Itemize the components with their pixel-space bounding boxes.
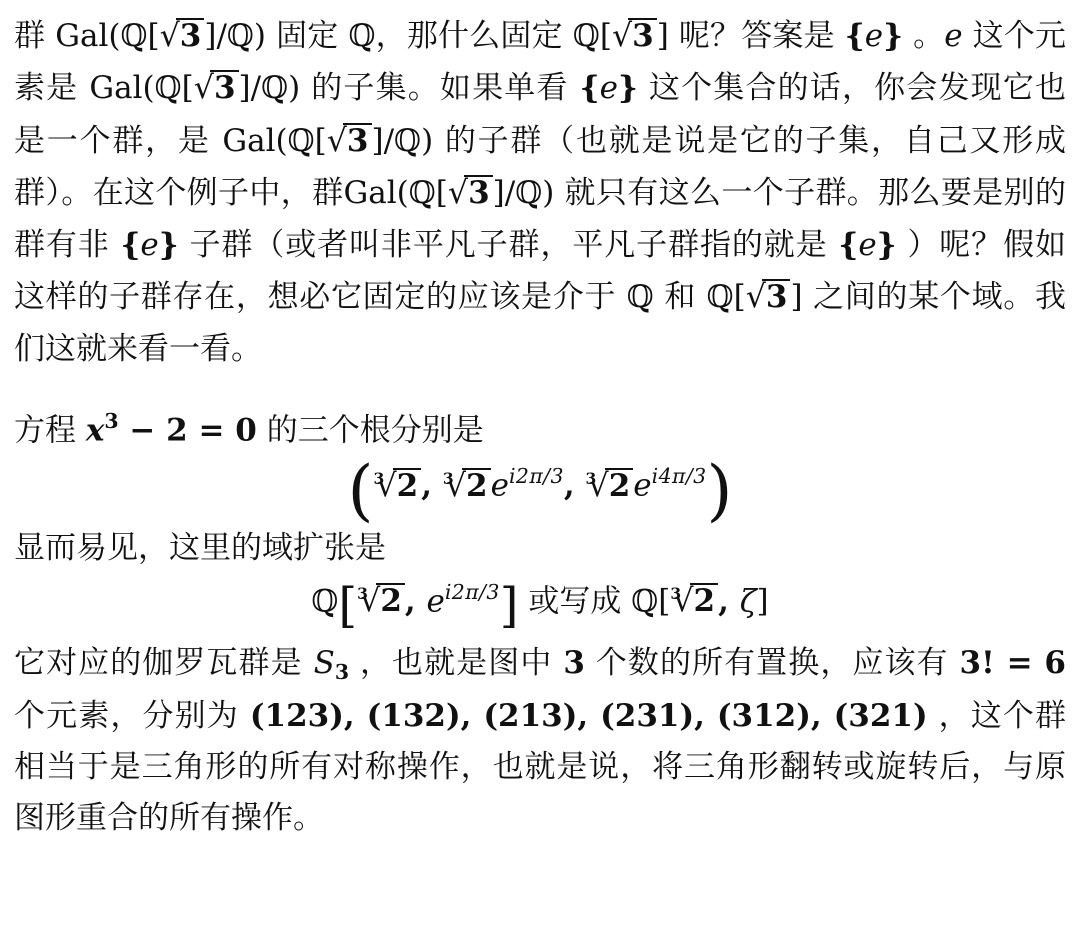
text-run: 个元素，分别为 (14, 698, 250, 734)
math-italic: e (633, 468, 651, 504)
paragraph-field-extension-intro: 显而易见，这里的域扩张是 (14, 523, 1066, 574)
math-roman: ) (421, 123, 433, 159)
cube-root: 3√2 (373, 466, 421, 507)
radicand: 3 (343, 123, 372, 158)
math-italic: e (140, 227, 158, 263)
cube-root: 3√2 (670, 581, 718, 622)
blackboard-q: ℚ (394, 123, 421, 159)
math-italic: e (865, 18, 883, 54)
text-run: 的三个根分别是 (257, 413, 484, 449)
math-italic: e (426, 583, 444, 619)
text-run: 显而易见，这里的域扩张是 (14, 530, 386, 566)
math-bold: } (159, 227, 179, 263)
radicand: 3 (464, 175, 493, 210)
math-bold: , (421, 468, 443, 504)
superscript: i2π/3 (445, 580, 500, 604)
math-roman: ] (657, 18, 669, 54)
math-roman: [ (315, 123, 327, 159)
text-run: ，也就是图中 (349, 645, 563, 681)
root-index: 3 (670, 584, 681, 603)
big-bracket-left: [ (338, 577, 357, 633)
document-page: 群 Gal(ℚ[√3]/ℚ) 固定 ℚ，那什么固定 ℚ[√3] 呢？答案是 {e… (0, 0, 1082, 845)
text-run: 个数的所有置换，应该有 (585, 645, 960, 681)
math-bold: { (580, 70, 600, 106)
blackboard-q: ℚ (631, 583, 658, 619)
math-roman: [ (182, 70, 194, 106)
blackboard-q: ℚ (707, 279, 734, 315)
cube-root: 3√2 (585, 466, 633, 507)
math-italic: e (600, 70, 618, 106)
square-root: √3 (612, 10, 657, 62)
math-bold-italic: x (86, 413, 104, 449)
text-run: 群 (14, 18, 55, 54)
math-roman: [ (734, 279, 746, 315)
math-roman: Gal( (55, 18, 120, 54)
math-roman: ]/ (493, 175, 516, 211)
text-run: 固定 (266, 18, 348, 54)
text-run: 它对应的伽罗瓦群是 (14, 645, 314, 681)
math-bold: , (405, 583, 427, 619)
display-equation-roots: (3√2, 3√2ei2π/3, 3√2ei4π/3) (14, 463, 1066, 507)
square-root: √3 (746, 271, 791, 323)
math-bold: (123), (132), (213), (231), (312), (321) (250, 698, 928, 734)
math-roman: ]/ (239, 70, 262, 106)
paragraph-s3-group: 它对应的伽罗瓦群是 S3 ，也就是图中 3 个数的所有置换，应该有 3! = 6… (14, 638, 1066, 844)
radicand: 2 (462, 468, 491, 503)
radicand: 2 (376, 583, 405, 618)
radicand: 3 (628, 18, 657, 53)
superscript: i4π/3 (652, 464, 707, 488)
blackboard-q: ℚ (515, 175, 542, 211)
math-bold: { (120, 227, 140, 263)
text-run: 方程 (14, 413, 86, 449)
radicand: 3 (176, 18, 205, 53)
math-roman: Gal( (222, 123, 287, 159)
math-roman: ]/ (204, 18, 227, 54)
radicand: 2 (393, 468, 422, 503)
math-bold: { (845, 18, 865, 54)
math-roman: ] (757, 583, 769, 619)
square-root: √3 (448, 167, 493, 219)
paragraph-galois-subgroup: 群 Gal(ℚ[√3]/ℚ) 固定 ℚ，那什么固定 ℚ[√3] 呢？答案是 {e… (14, 10, 1066, 375)
math-italic: e (858, 227, 876, 263)
math-bold: { (838, 227, 858, 263)
blackboard-q: ℚ (348, 18, 375, 54)
radicand: 3 (762, 279, 791, 314)
superscript: i2π/3 (509, 464, 564, 488)
square-root: √3 (194, 62, 239, 114)
text-run: 或写成 (519, 583, 632, 619)
paragraph-equation-intro: 方程 x3 − 2 = 0 的三个根分别是 (14, 405, 1066, 457)
math-bold: 3 (563, 645, 585, 681)
cube-root: 3√2 (443, 466, 491, 507)
square-root: √3 (160, 10, 205, 62)
text-run: 。 (903, 18, 944, 54)
blackboard-q: ℚ (409, 175, 436, 211)
text-run: 子群（或者叫非平凡子群，平凡子群指的就是 (179, 227, 839, 263)
text-run: 和 (654, 279, 707, 315)
blackboard-q: ℚ (288, 123, 315, 159)
math-bold: , (718, 583, 740, 619)
math-roman: ] (790, 279, 802, 315)
blackboard-q: ℚ (627, 279, 654, 315)
blackboard-q: ℚ (155, 70, 182, 106)
subscript: 3 (335, 661, 349, 685)
text-run: 的子集。如果单看 (300, 70, 579, 106)
big-bracket-right: ] (500, 577, 519, 633)
math-bold: , (564, 468, 586, 504)
big-paren-right: ) (707, 451, 733, 529)
math-roman: ]/ (372, 123, 395, 159)
display-equation-field-extension: ℚ[3√2, ei2π/3] 或写成 ℚ[3√2, ζ] (14, 579, 1066, 623)
square-root: √3 (327, 115, 372, 167)
root-index: 3 (373, 469, 384, 488)
math-roman: Gal( (89, 70, 154, 106)
math-roman: [ (436, 175, 448, 211)
superscript: 3 (104, 409, 118, 433)
math-bold: } (618, 70, 638, 106)
math-roman: ) (542, 175, 554, 211)
math-roman: [ (148, 18, 160, 54)
math-italic: S (314, 645, 335, 681)
math-bold: } (883, 18, 903, 54)
big-paren-left: ( (347, 451, 373, 529)
radicand: 3 (210, 70, 239, 105)
math-italic: e (944, 18, 962, 54)
math-bold: 3! = 6 (960, 645, 1066, 681)
math-bold: − 2 = 0 (119, 413, 257, 449)
blackboard-q: ℚ (261, 70, 288, 106)
text-run: ，那什么固定 (376, 18, 573, 54)
math-roman: ) (288, 70, 300, 106)
root-index: 3 (357, 584, 368, 603)
math-roman: [ (600, 18, 612, 54)
radicand: 2 (690, 583, 719, 618)
math-roman: [ (658, 583, 670, 619)
radicand: 2 (605, 468, 634, 503)
cube-root: 3√2 (357, 581, 405, 622)
text-run: 呢？答案是 (669, 18, 845, 54)
math-roman: Gal( (344, 175, 409, 211)
blackboard-q: ℚ (121, 18, 148, 54)
blackboard-q: ℚ (227, 18, 254, 54)
math-italic: e (491, 468, 509, 504)
math-roman: ) (254, 18, 266, 54)
root-index: 3 (585, 469, 596, 488)
blackboard-q: ℚ (311, 583, 338, 619)
math-bold: } (877, 227, 897, 263)
math-italic: ζ (740, 583, 757, 619)
blackboard-q: ℚ (573, 18, 600, 54)
root-index: 3 (443, 469, 454, 488)
